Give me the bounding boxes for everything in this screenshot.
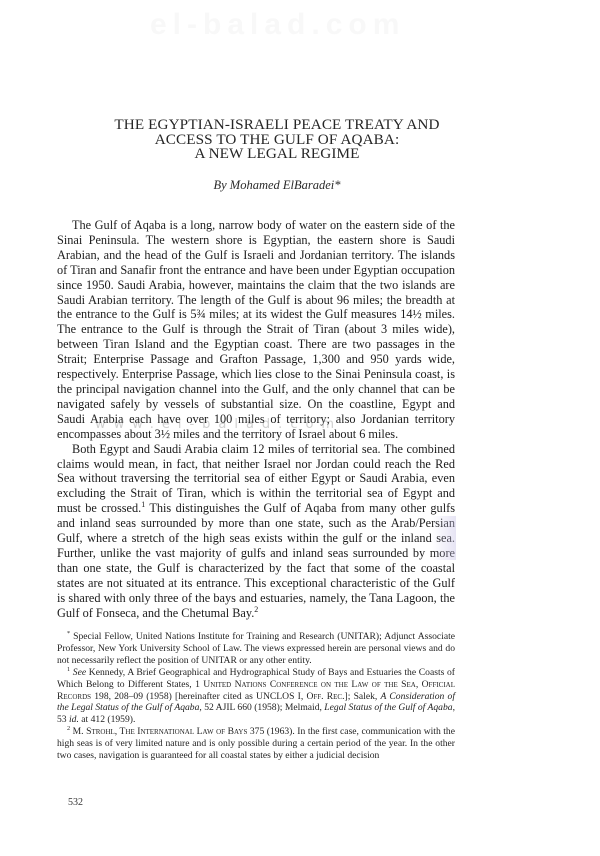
author-byline: By Mohamed ElBaradei* xyxy=(57,178,497,193)
footnotes: * Special Fellow, United Nations Institu… xyxy=(57,631,455,762)
footnote-1-see: See xyxy=(73,667,86,678)
footnote-1-sc-b: Off. Rec. xyxy=(306,691,344,702)
footnote-1-italic-c: id. xyxy=(69,714,79,725)
footnote-2-marker: 2 xyxy=(67,725,70,732)
top-watermark: el-balad.com xyxy=(150,8,510,48)
footnote-1-text-d: , 52 AJIL 660 (1958); Melmaid, xyxy=(199,702,324,713)
paragraph-2-text-b: This distinguishes the Gulf of Aqaba fro… xyxy=(57,501,455,619)
title-line-3: A NEW LEGAL REGIME xyxy=(57,147,497,162)
paragraph-1: The Gulf of Aqaba is a long, narrow body… xyxy=(57,218,455,442)
footnote-2-sc-a: M. Strohl, The International Law of Bays xyxy=(73,726,248,737)
footnote-1-text-b: 198, 208–09 (1958) [hereinafter cited as… xyxy=(91,691,306,702)
footnote-2: 2 M. Strohl, The International Law of Ba… xyxy=(57,726,455,762)
footnote-1-marker: 1 xyxy=(67,666,70,673)
footnote-star-text: Special Fellow, United Nations Institute… xyxy=(57,631,455,666)
article-title: THE EGYPTIAN-ISRAELI PEACE TREATY AND AC… xyxy=(57,118,497,162)
footnote-star: * Special Fellow, United Nations Institu… xyxy=(57,631,455,667)
footnote-1-text-f: at 412 (1959). xyxy=(79,714,136,725)
footnote-1-italic-b: Legal Status of the Gulf of Aqaba xyxy=(324,702,452,713)
footnote-ref-2[interactable]: 2 xyxy=(254,604,258,613)
article-body: The Gulf of Aqaba is a long, narrow body… xyxy=(57,218,455,620)
footnote-1: 1 See Kennedy, A Brief Geographical and … xyxy=(57,667,455,727)
footnote-1-text-c: ]; Salek, xyxy=(345,691,381,702)
paragraph-2: Both Egypt and Saudi Arabia claim 12 mil… xyxy=(57,442,455,621)
page-number: 532 xyxy=(68,797,83,808)
scan-tint xyxy=(432,516,456,560)
